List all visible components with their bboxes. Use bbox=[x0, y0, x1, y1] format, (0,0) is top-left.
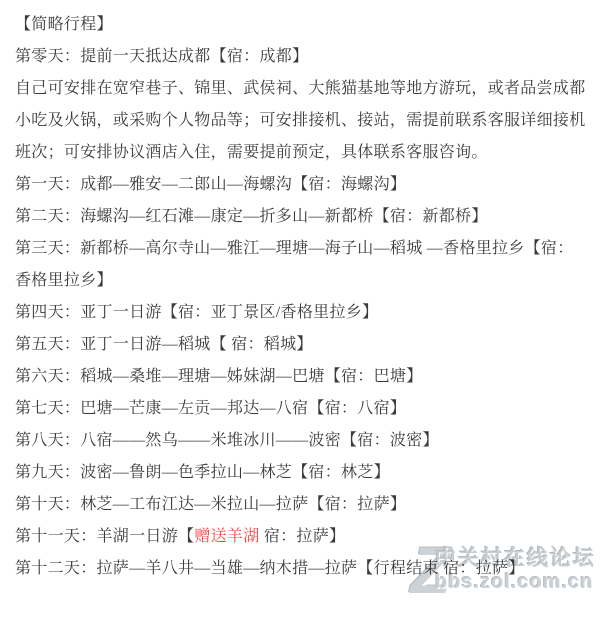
itinerary-line-3: 小吃及火锅，或采购个人物品等；可安排接机、接站，需提前联系客服详细接机 bbox=[15, 105, 585, 137]
itinerary-line-12: 第七天：巴塘—芒康—左贡—邦达—八宿【宿：八宿】 bbox=[15, 393, 585, 425]
itinerary-line-2: 自己可安排在宽窄巷子、锦里、武侯祠、大熊猫基地等地方游玩，或者品尝成都 bbox=[15, 73, 585, 105]
highlight-text: 赠送羊湖 bbox=[194, 528, 259, 545]
itinerary-line-17: 第十二天：拉萨—羊八井—当雄—纳木措—拉萨【行程结束 宿：拉萨】 bbox=[15, 553, 585, 585]
itinerary-line-10: 第五天：亚丁一日游—稻城【 宿：稻城】 bbox=[15, 329, 585, 361]
itinerary-line-15: 第十天：林芝—工布江达—米拉山—拉萨【宿：拉萨】 bbox=[15, 489, 585, 521]
itinerary-line-6: 第二天：海螺沟—红石滩—康定—折多山—新都桥【宿：新都桥】 bbox=[15, 201, 585, 233]
line-text: 第十一天：羊湖一日游【 bbox=[15, 528, 194, 545]
itinerary-line-13: 第八天：八宿——然乌——米堆冰川——波密【宿：波密】 bbox=[15, 425, 585, 457]
line-text: 宿：拉萨】 bbox=[260, 528, 346, 545]
itinerary-line-14: 第九天：波密—鲁朗—色季拉山—林芝【宿：林芝】 bbox=[15, 457, 585, 489]
itinerary-line-4: 班次；可安排协议酒店入住，需要提前预定，具体联系客服咨询。 bbox=[15, 137, 585, 169]
itinerary-line-5: 第一天：成都—雅安—二郎山—海螺沟【宿：海螺沟】 bbox=[15, 169, 585, 201]
itinerary-line-1: 第零天：提前一天抵达成都【宿：成都】 bbox=[15, 41, 585, 73]
itinerary-line-7: 第三天：新都桥—高尔寺山—雅江—理塘—海子山—稻城 —香格里拉乡【宿： bbox=[15, 233, 585, 265]
itinerary-line-8: 香格里拉乡】 bbox=[15, 265, 585, 297]
itinerary-line-16: 第十一天：羊湖一日游【赠送羊湖 宿：拉萨】 bbox=[15, 521, 585, 553]
itinerary-line-9: 第四天：亚丁一日游【宿：亚丁景区/香格里拉乡】 bbox=[15, 297, 585, 329]
itinerary-line-11: 第六天：稻城—桑堆—理塘—姊妹湖—巴塘【宿：巴塘】 bbox=[15, 361, 585, 393]
itinerary-document: 【简略行程】第零天：提前一天抵达成都【宿：成都】自己可安排在宽窄巷子、锦里、武侯… bbox=[0, 0, 600, 585]
page-title: 【简略行程】 bbox=[15, 9, 585, 41]
itinerary-text: 【简略行程】第零天：提前一天抵达成都【宿：成都】自己可安排在宽窄巷子、锦里、武侯… bbox=[15, 9, 585, 585]
